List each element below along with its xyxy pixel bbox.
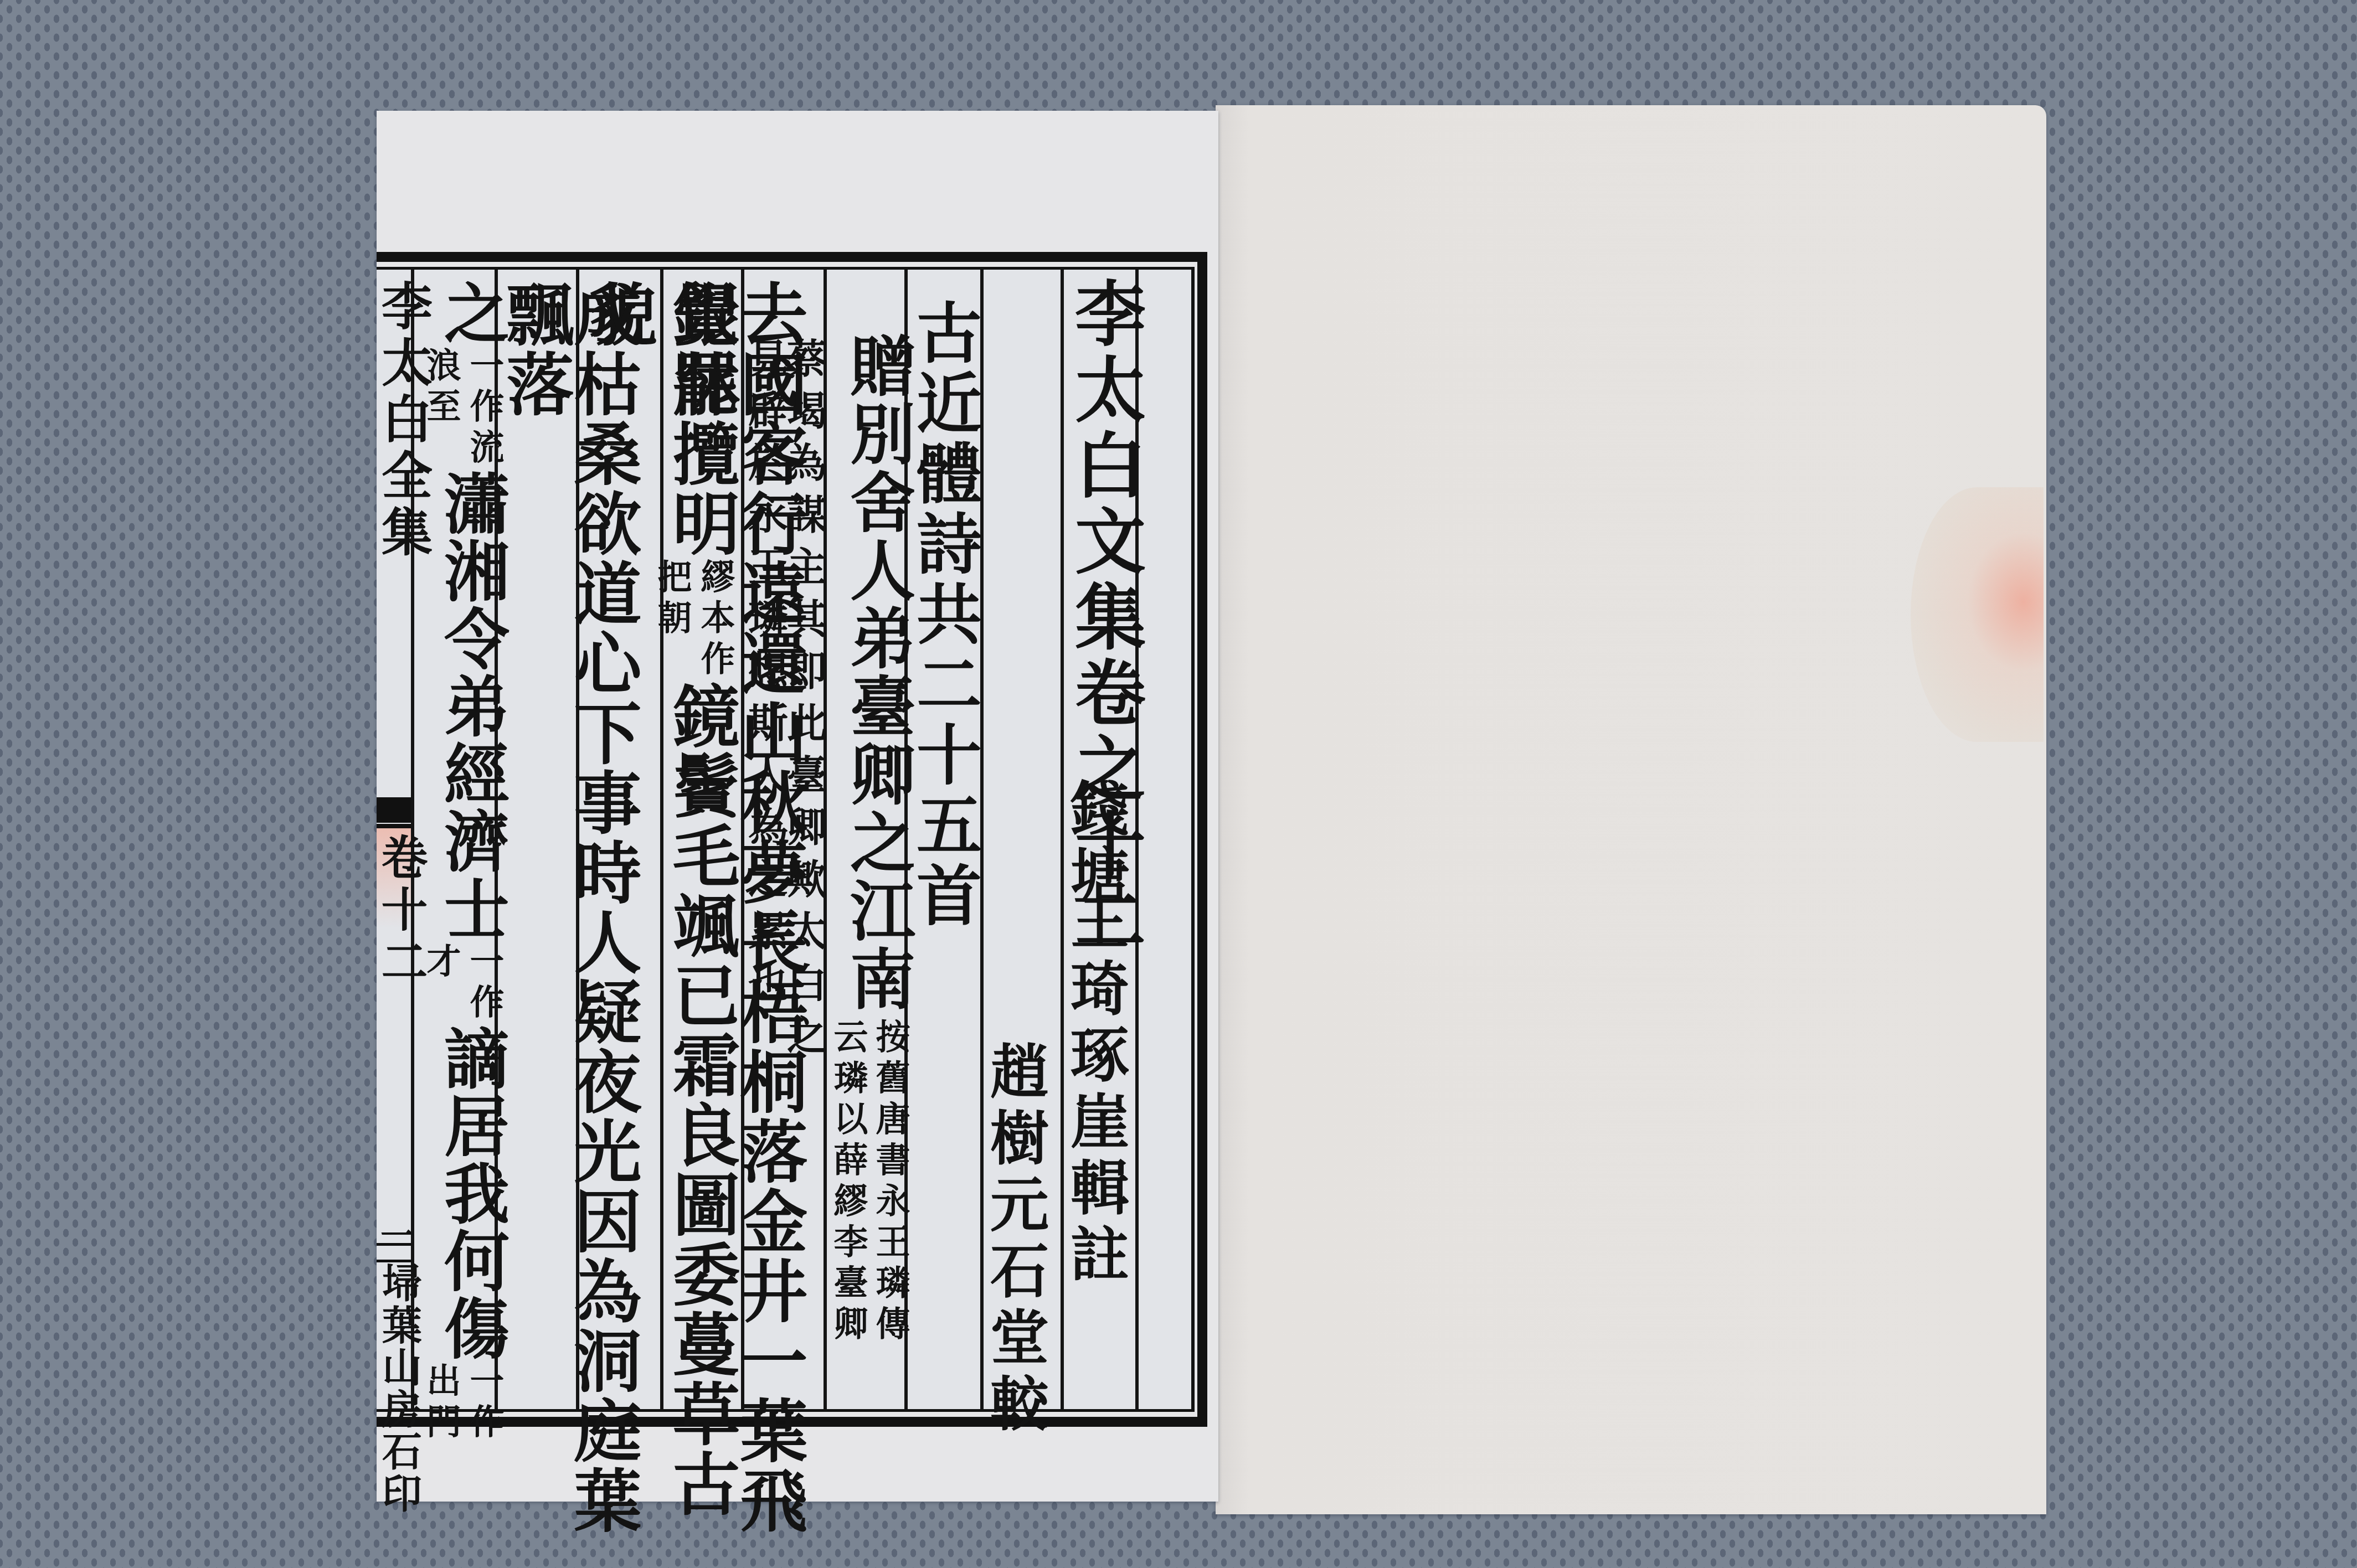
variant-note: 一作才	[421, 943, 504, 1025]
margin-publisher: 埽葉山房石印	[379, 1262, 419, 1515]
poem-line-4-b: 瀟湘令弟經濟士	[433, 470, 510, 943]
poem-line-4: 之一作流浪至瀟湘令弟經濟士一作才謫居我何傷一作出門	[421, 280, 504, 1445]
paper-stain	[1911, 487, 2044, 742]
right-page-blank	[1216, 105, 2046, 1514]
margin-page-number: 一	[378, 1218, 411, 1257]
variant-note: 繆本作把朝	[652, 559, 735, 682]
title-note-right: 按舊唐書永王璘傳	[870, 1019, 910, 1347]
title-note: 按舊唐書永王璘傳云璘以薛繆李臺卿	[828, 1019, 910, 1347]
poem-line-4-a: 之	[433, 280, 510, 347]
poem-line-3: 成枯桑欲道心下事時人疑夜光因為洞庭葉飄落	[501, 280, 636, 1568]
variant-note-right: 一作	[464, 943, 504, 1025]
poem-line-4-c: 謫居我何傷	[433, 1025, 510, 1363]
margin-book-title: 李太白全集	[378, 280, 429, 562]
poem-line-2-a: 覺罷攬明	[661, 280, 741, 559]
margin-volume: 卷十二	[378, 833, 424, 989]
compiler-place: 錢塘	[1066, 778, 1125, 911]
variant-note-right: 一作	[464, 1363, 504, 1445]
variant-note: 一作流浪至	[421, 347, 504, 470]
compiler-name: 王琦琢崖輯註	[1066, 891, 1125, 1290]
proofreader: 趙樹元石堂較	[986, 1041, 1044, 1440]
fishtail-marker-line	[377, 824, 411, 828]
variant-note-right: 繆本作	[695, 559, 735, 682]
variant-note-left: 出門	[421, 1363, 461, 1445]
poem-title-text: 贈別舍人弟臺卿之江南	[839, 332, 916, 1013]
fishtail-marker	[377, 797, 411, 823]
poem-title: 贈別舍人弟臺卿之江南按舊唐書永王璘傳云璘以薛繆李臺卿	[828, 332, 910, 1347]
variant-note: 一作出門	[421, 1363, 504, 1445]
section-title: 古近體詩共二十五首	[911, 299, 976, 932]
title-note-left: 云璘以薛繆李臺卿	[828, 1019, 868, 1347]
variant-note-left: 把朝	[652, 559, 692, 682]
variant-note-right: 一作流	[464, 347, 504, 470]
